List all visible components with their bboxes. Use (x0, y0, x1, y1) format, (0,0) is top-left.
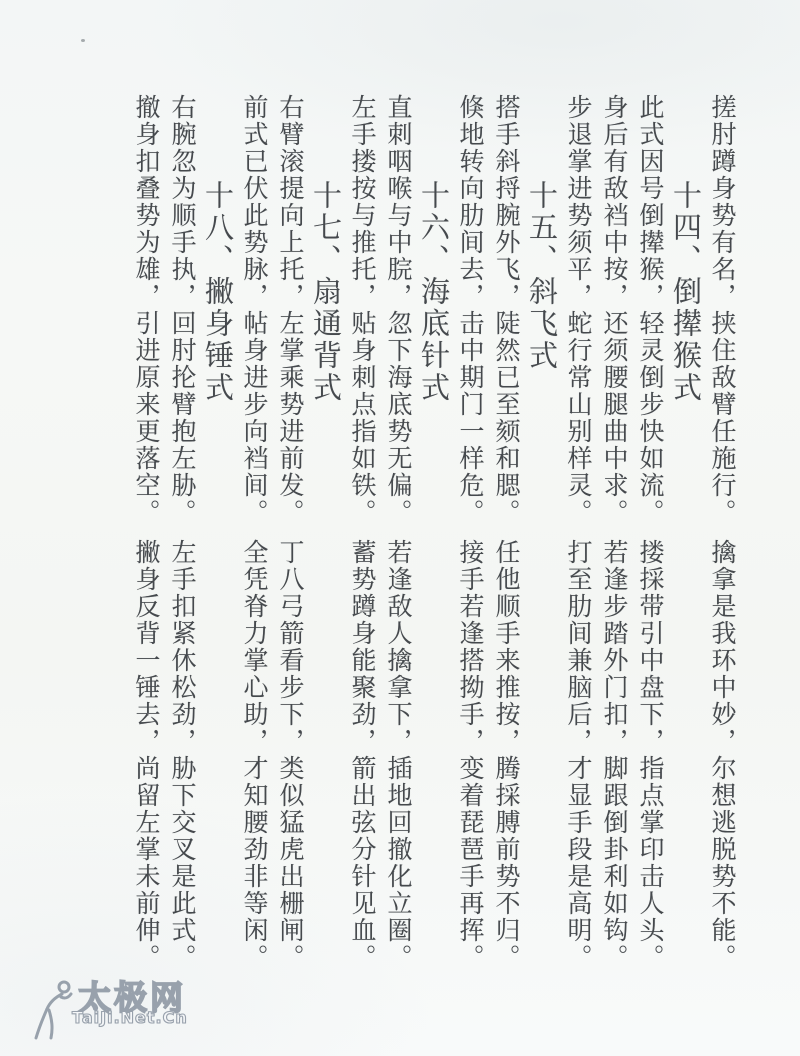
section-heading-16: 十六、海底针式 (416, 94, 452, 974)
verse-column: 左手搂按与推托，贴身刺点指如铁。蓄势蹲身能聚劲，箭出弦分针见血。 (344, 94, 380, 974)
verse-line-bottom: 撇身反背一锤去，尚留左掌未前伸。 (132, 539, 161, 971)
verse-line-bottom: 丁八弓箭看步下，类似猛虎出栅闸。 (276, 539, 305, 971)
verse-line-top: 搭手斜捋腕外飞，陡然已至颏和腮。 (492, 94, 521, 526)
scanned-page: 搓肘蹲身势有名，挟住敌臂任施行。擒拿是我环中妙，尔想逃脱势不能。 十四、倒撵猴式… (0, 0, 800, 1056)
verse-column: 右腕忽为顺手执，回肘抡臂抱左胁。左手扣紧休松劲，胁下交叉是此式。 (164, 94, 200, 974)
verse-column: 直刺咽喉与中脘，忽下海底势无偏。若逢敌人擒拿下，插地回撤化立圈。 (380, 94, 416, 974)
verse-column: 倏地转向肋间去，击中期门一样危。接手若逢搭拗手，变着琵琶手再挥。 (452, 94, 488, 974)
verse-line-top: 前式已伏此势脉，帖身进步向裆间。 (240, 94, 269, 526)
verse-line-top: 左手搂按与推托，贴身刺点指如铁。 (348, 94, 377, 526)
verse-line-top: 身后有敌裆中按，还须腰腿曲中求。 (600, 94, 629, 526)
verse-line-top: 倏地转向肋间去，击中期门一样危。 (456, 94, 485, 526)
couplet-gap (361, 526, 363, 539)
verse-text-block: 搓肘蹲身势有名，挟住敌臂任施行。擒拿是我环中妙，尔想逃脱势不能。 十四、倒撵猴式… (128, 94, 740, 974)
couplet-gap (613, 526, 615, 539)
verse-column: 身后有敌裆中按，还须腰腿曲中求。若逢步踏外门扣，脚跟倒卦利如钩。 (596, 94, 632, 974)
verse-line-bottom: 蓄势蹲身能聚劲，箭出弦分针见血。 (348, 539, 377, 971)
verse-line-bottom: 若逢敌人擒拿下，插地回撤化立圈。 (384, 539, 413, 971)
couplet-gap (181, 526, 183, 539)
watermark-latin-text: TaiJi.Net.Cn (72, 1008, 188, 1027)
section-heading-15: 十五、斜飞式 (524, 94, 560, 974)
verse-line-bottom: 左手扣紧休松劲，胁下交叉是此式。 (168, 539, 197, 971)
section-heading-18: 十八、撇身锤式 (200, 94, 236, 974)
scan-speck (81, 39, 85, 42)
verse-line-top: 直刺咽喉与中脘，忽下海底势无偏。 (384, 94, 413, 526)
verse-line-bottom: 任他顺手来推按，腾採膊前势不归。 (492, 539, 521, 971)
couplet-gap (505, 526, 507, 539)
couplet-gap (397, 526, 399, 539)
verse-line-bottom: 擒拿是我环中妙，尔想逃脱势不能。 (708, 539, 737, 971)
section-heading-14: 十四、倒撵猴式 (668, 94, 704, 974)
verse-column: 此式因号倒撵猴，轻灵倒步快如流。搂採带引中盘下，指点掌印击人头。 (632, 94, 668, 974)
verse-line-top: 搓肘蹲身势有名，挟住敌臂任施行。 (708, 94, 737, 526)
verse-column: 搓肘蹲身势有名，挟住敌臂任施行。擒拿是我环中妙，尔想逃脱势不能。 (704, 94, 740, 974)
verse-column: 搭手斜捋腕外飞，陡然已至颏和腮。任他顺手来推按，腾採膊前势不归。 (488, 94, 524, 974)
couplet-gap (577, 526, 579, 539)
verse-column: 撤身扣叠势为雄，引进原来更落空。撇身反背一锤去，尚留左掌未前伸。 (128, 94, 164, 974)
verse-column: 前式已伏此势脉，帖身进步向裆间。全凭脊力掌心助，才知腰劲非等闲。 (236, 94, 272, 974)
verse-line-bottom: 接手若逢搭拗手，变着琵琶手再挥。 (456, 539, 485, 971)
taiji-watermark: 太极网 TaiJi.Net.Cn (34, 972, 234, 1050)
verse-line-top: 此式因号倒撵猴，轻灵倒步快如流。 (636, 94, 665, 526)
verse-line-bottom: 搂採带引中盘下，指点掌印击人头。 (636, 539, 665, 971)
verse-line-bottom: 全凭脊力掌心助，才知腰劲非等闲。 (240, 539, 269, 971)
section-heading-17: 十七、扇通背式 (308, 94, 344, 974)
verse-line-top: 右臂滚提向上托，左掌乘势进前发。 (276, 94, 305, 526)
verse-line-top: 右腕忽为顺手执，回肘抡臂抱左胁。 (168, 94, 197, 526)
couplet-gap (145, 526, 147, 539)
verse-line-bottom: 若逢步踏外门扣，脚跟倒卦利如钩。 (600, 539, 629, 971)
verse-line-bottom: 打至肋间兼脑后，才显手段是高明。 (564, 539, 593, 971)
couplet-gap (649, 526, 651, 539)
couplet-gap (469, 526, 471, 539)
couplet-gap (253, 526, 255, 539)
couplet-gap (289, 526, 291, 539)
verse-column: 步退掌进势须平，蛇行常山别样灵。打至肋间兼脑后，才显手段是高明。 (560, 94, 596, 974)
couplet-gap (721, 526, 723, 539)
verse-line-top: 步退掌进势须平，蛇行常山别样灵。 (564, 94, 593, 526)
verse-line-top: 撤身扣叠势为雄，引进原来更落空。 (132, 94, 161, 526)
verse-column: 右臂滚提向上托，左掌乘势进前发。丁八弓箭看步下，类似猛虎出栅闸。 (272, 94, 308, 974)
